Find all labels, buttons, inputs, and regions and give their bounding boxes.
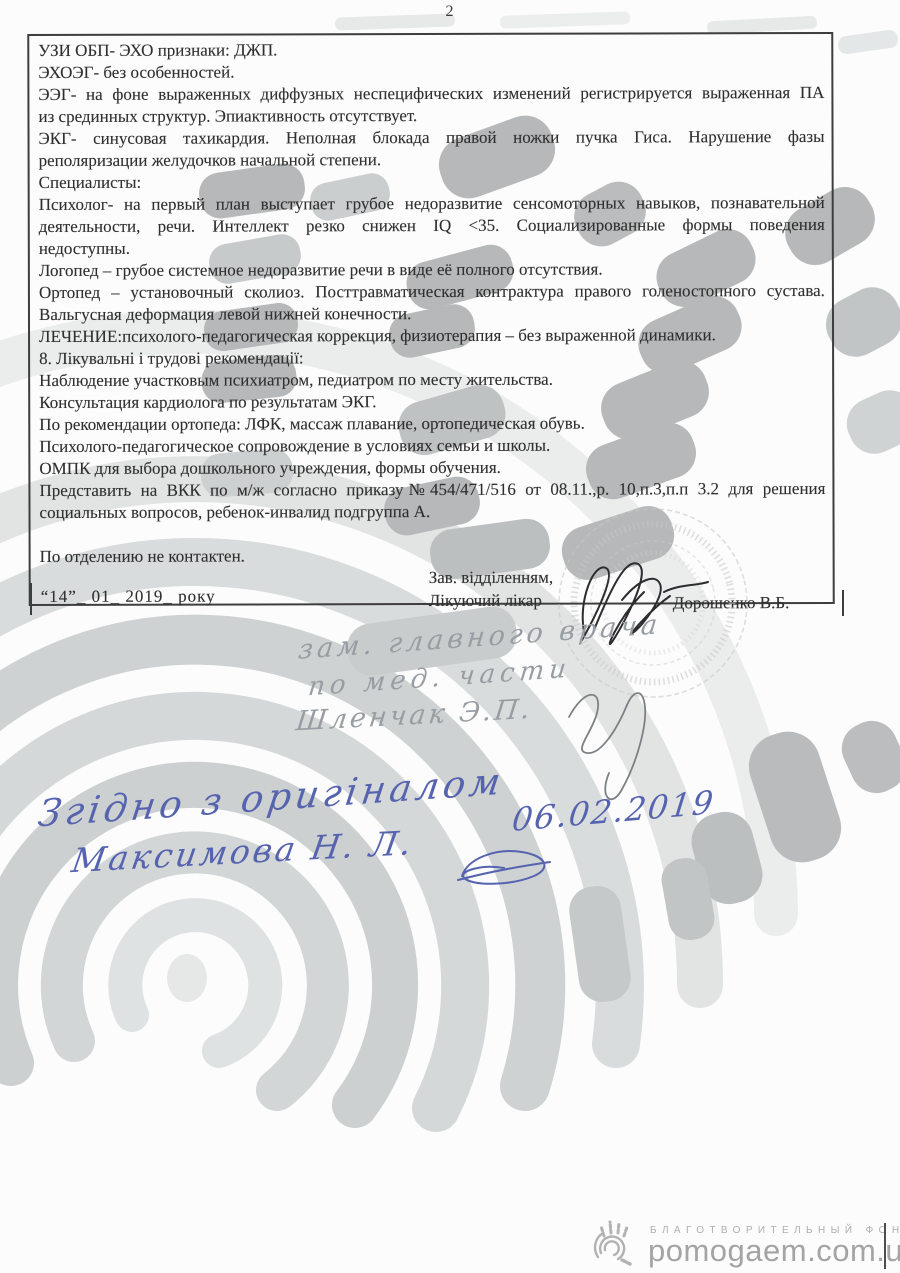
doc-line: реполяризации желудочков начальной степе…	[39, 148, 825, 172]
document-lines: УЗИ ОБП- ЭХО признаки: ДЖП.ЭХОЭГ- без ос…	[38, 38, 825, 568]
scan-edge-mark	[884, 1223, 886, 1269]
doc-line: из срединных структур. Эпиактивность отс…	[38, 104, 824, 128]
deputy-signature	[545, 665, 675, 805]
doc-line: 8. Лікувальні і трудові рекомендації:	[39, 346, 825, 370]
doc-line: Логопед – грубое системное недоразвитие …	[39, 258, 825, 282]
page-number: 2	[0, 3, 900, 21]
document-date-line: “14”_ 01_ 2019_ року	[41, 587, 216, 607]
fund-site-label: pomogaem.com.ua	[648, 1233, 900, 1269]
doc-line: недоступны.	[39, 236, 825, 260]
doc-line: УЗИ ОБП- ЭХО признаки: ДЖП.	[38, 38, 824, 62]
doc-line: деятельности, речи. Интеллект резко сниж…	[39, 214, 825, 238]
watermark-blob	[833, 713, 900, 802]
hand-fingerprint-icon	[592, 1220, 646, 1268]
charity-fund-logo: БЛАГОТВОРИТЕЛЬНЫЙ ФОНД pomogaem.com.ua	[592, 1219, 892, 1269]
doc-line: Ортопед – установочный сколиоз. Посттрав…	[39, 280, 825, 304]
doc-line: ЭКГ- синусовая тахикардия. Неполная блок…	[38, 126, 824, 150]
doc-line: ЭЭГ- на фоне выраженных диффузных неспец…	[38, 82, 824, 106]
doc-line: Консультация кардиолога по результатам Э…	[39, 390, 825, 414]
right-corner-tick	[842, 590, 844, 616]
doc-line: По рекомендации ортопеда: ЛФК, массаж пл…	[39, 412, 825, 436]
doc-line: Вальгусная деформация левой нижней конеч…	[39, 302, 825, 326]
doc-line: ОМПК для выбора дошкольного учреждения, …	[39, 456, 825, 480]
doc-line: Специалисты:	[39, 170, 825, 194]
doc-line: Психолог- на первый план выступает грубо…	[39, 192, 825, 216]
doc-line: ЛЕЧЕНИЕ:психолого-педагогическая коррекц…	[39, 324, 825, 348]
attending-doctor-label: Лікуючий лікар	[429, 591, 542, 611]
certifier-signature	[448, 838, 558, 898]
doc-line: Наблюдение участковым психиатром, педиат…	[39, 368, 825, 392]
doc-line: ЭХОЭГ- без особенностей.	[38, 60, 824, 84]
head-of-department-label: Зав. відділенням,	[429, 568, 553, 588]
doc-line: Психолого-педагогическое сопровождение в…	[39, 434, 825, 458]
watermark-blob	[838, 382, 900, 462]
left-corner-tick	[30, 583, 32, 615]
watermark-blob	[837, 29, 899, 55]
